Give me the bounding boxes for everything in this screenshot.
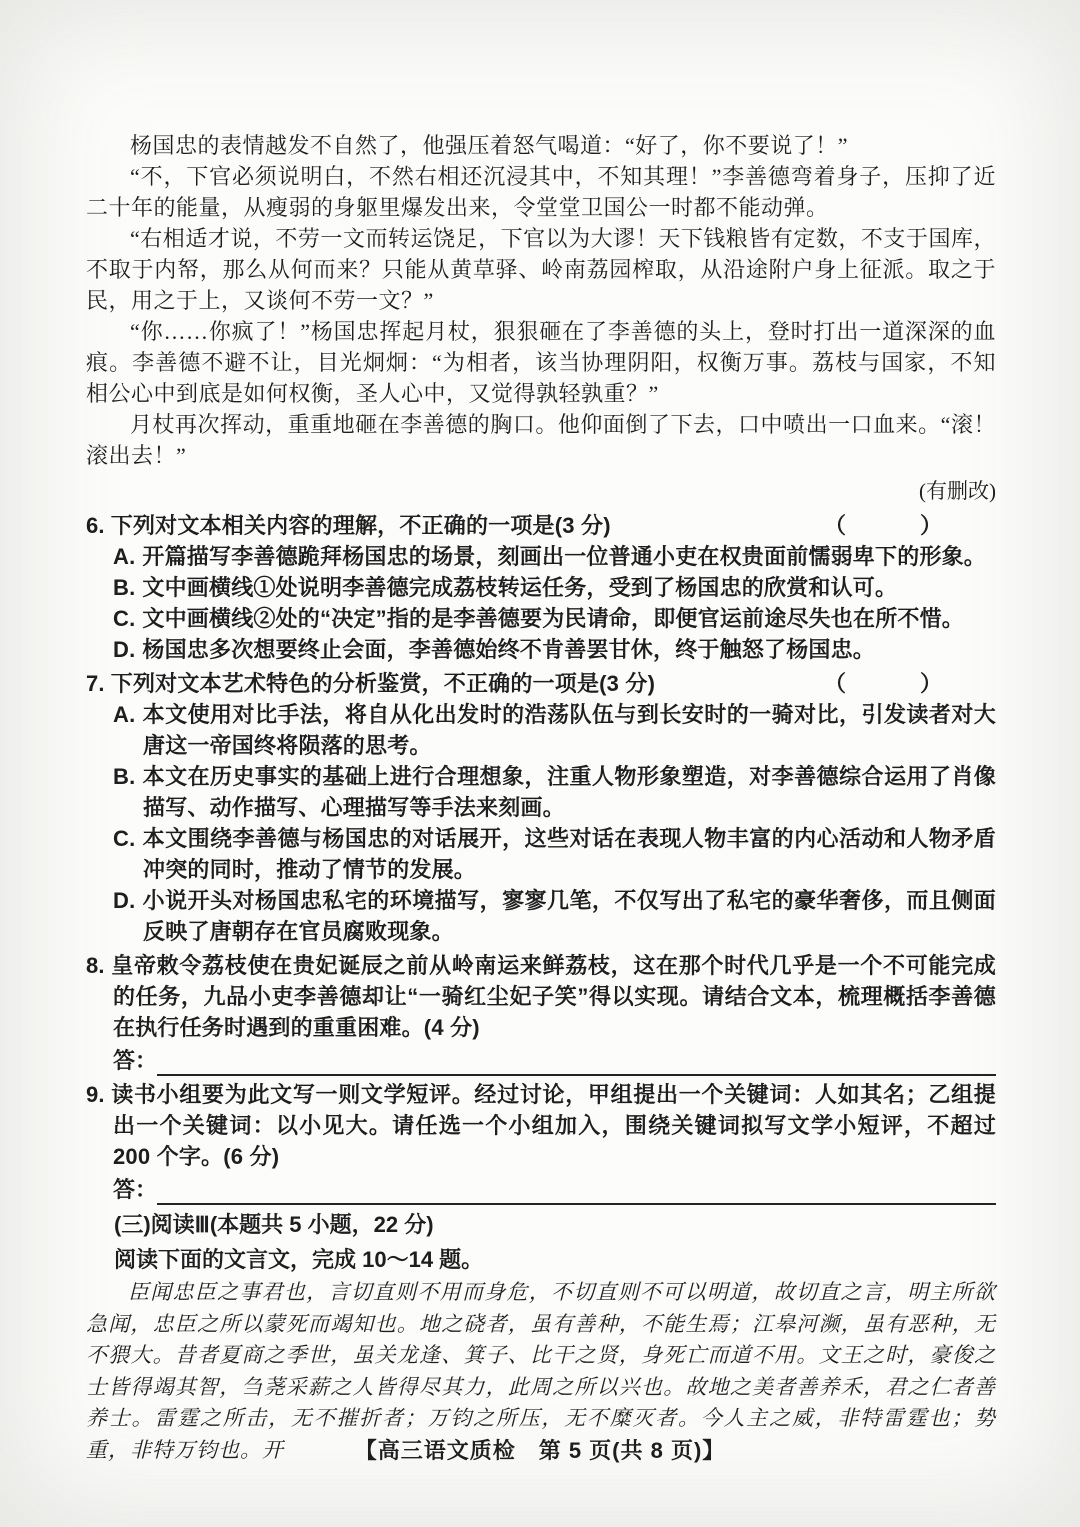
question-7-option-b: B.本文在历史事实的基础上进行合理想象，注重人物形象塑造，对李善德综合运用了肖像… — [143, 761, 996, 823]
page-footer: 【高三语文质检 第 5 页(共 8 页)】 — [0, 1434, 1080, 1465]
section-3-reading: (三)阅读Ⅲ(本题共 5 小题，22 分) 阅读下面的文言文，完成 10～14 … — [86, 1209, 996, 1466]
option-label: A. — [113, 544, 135, 569]
narrative-paragraph-3: “右相适才说，不劳一文而转运饶足，下官以为大谬！天下钱粮皆有定数，不支于国库，不… — [86, 223, 996, 316]
option-text: 文中画横线①处说明李善德完成荔枝转运任务，受到了杨国忠的欣赏和认可。 — [142, 575, 897, 600]
option-text: 小说开头对杨国忠私宅的环境描写，寥寥几笔，不仅写出了私宅的豪华奢侈，而且侧面反映… — [142, 888, 996, 944]
question-6-option-b: B.文中画横线①处说明李善德完成荔枝转运任务，受到了杨国忠的欣赏和认可。 — [143, 572, 996, 603]
question-9-stem: 9.读书小组要为此文写一则文学短评。经过讨论，甲组提出一个关键词：人如其名；乙组… — [113, 1079, 996, 1172]
page-content: 杨国忠的表情越发不自然了，他强压着怒气喝道：“好了，你不要说了！” “不，下官必… — [0, 0, 1080, 1466]
question-6-option-d: D.杨国忠多次想要终止会面，李善德始终不肯善罢甘休，终于触怒了杨国忠。 — [143, 634, 996, 665]
question-9-stem-text: 读书小组要为此文写一则文学短评。经过讨论，甲组提出一个关键词：人如其名；乙组提出… — [111, 1082, 996, 1169]
option-label: C. — [113, 826, 135, 851]
exam-paper-page: 杨国忠的表情越发不自然了，他强压着怒气喝道：“好了，你不要说了！” “不，下官必… — [0, 0, 1080, 1527]
narrative-paragraph-5: 月杖再次挥动，重重地砸在李善德的胸口。他仰面倒了下去，口中喷出一口血来。“滚！滚… — [86, 409, 996, 471]
answer-label: 答： — [113, 1174, 157, 1205]
answer-blank-line — [157, 1047, 996, 1076]
section-3-heading: (三)阅读Ⅲ(本题共 5 小题，22 分) — [114, 1209, 996, 1240]
question-8-stem: 8.皇帝敕令荔枝使在贵妃诞辰之前从岭南运来鲜荔枝，这在那个时代几乎是一个不可能完… — [113, 950, 996, 1043]
question-6-stem-line: 6.下列对文本相关内容的理解，不正确的一项是(3 分) （ ） — [86, 510, 996, 541]
narrative-paragraph-1: 杨国忠的表情越发不自然了，他强压着怒气喝道：“好了，你不要说了！” — [86, 130, 996, 161]
narrative-paragraph-2: “不，下官必须说明白，不然右相还沉浸其中，不知其理！”李善德弯着身子，压抑了近二… — [86, 161, 996, 223]
question-6-option-a: A.开篇描写李善德跪拜杨国忠的场景，刻画出一位普通小吏在权贵面前懦弱卑下的形象。 — [143, 541, 996, 572]
option-label: A. — [113, 702, 135, 727]
option-text: 开篇描写李善德跪拜杨国忠的场景，刻画出一位普通小吏在权贵面前懦弱卑下的形象。 — [142, 544, 986, 569]
question-6-answer-brackets: （ ） — [824, 510, 952, 541]
option-label: B. — [113, 575, 135, 600]
question-6-stem-text: 下列对文本相关内容的理解，不正确的一项是(3 分) — [111, 513, 611, 538]
source-attribution: (有删改) — [86, 476, 996, 507]
option-text: 杨国忠多次想要终止会面，李善德始终不肯善罢甘休，终于触怒了杨国忠。 — [142, 637, 875, 662]
narrative-paragraph-4: “你……你疯了！”杨国忠挥起月杖，狠狠砸在了李善德的头上，登时打出一道深深的血痕… — [86, 316, 996, 409]
question-7-number: 7. — [86, 671, 105, 696]
answer-blank-line — [157, 1176, 996, 1205]
section-3-instruction: 阅读下面的文言文，完成 10～14 题。 — [114, 1244, 996, 1275]
question-9: 9.读书小组要为此文写一则文学短评。经过讨论，甲组提出一个关键词：人如其名；乙组… — [86, 1079, 996, 1205]
question-6: 6.下列对文本相关内容的理解，不正确的一项是(3 分) （ ） A.开篇描写李善… — [86, 510, 996, 665]
option-text: 本文围绕李善德与杨国忠的对话展开，这些对话在表现人物丰富的内心活动和人物矛盾冲突… — [142, 826, 996, 882]
option-text: 本文在历史事实的基础上进行合理想象，注重人物形象塑造，对李善德综合运用了肖像描写… — [142, 764, 996, 820]
answer-label: 答： — [113, 1045, 157, 1076]
question-6-number: 6. — [86, 513, 105, 538]
question-7-option-d: D.小说开头对杨国忠私宅的环境描写，寥寥几笔，不仅写出了私宅的豪华奢侈，而且侧面… — [143, 885, 996, 947]
option-text: 本文使用对比手法，将自从化出发时的浩荡队伍与到长安时的一骑对比，引发读者对大唐这… — [142, 702, 996, 758]
question-7-option-a: A.本文使用对比手法，将自从化出发时的浩荡队伍与到长安时的一骑对比，引发读者对大… — [143, 699, 996, 761]
question-9-number: 9. — [86, 1082, 105, 1107]
question-7-option-c: C.本文围绕李善德与杨国忠的对话展开，这些对话在表现人物丰富的内心活动和人物矛盾… — [143, 823, 996, 885]
option-label: B. — [113, 764, 135, 789]
question-7-stem-line: 7.下列对文本艺术特色的分析鉴赏，不正确的一项是(3 分) （ ） — [86, 668, 996, 699]
question-6-option-c: C.文中画横线②处的“决定”指的是李善德要为民请命，即便官运前途尽失也在所不惜。 — [143, 603, 996, 634]
option-label: D. — [113, 637, 135, 662]
option-label: C. — [113, 606, 135, 631]
option-label: D. — [113, 888, 135, 913]
question-7: 7.下列对文本艺术特色的分析鉴赏，不正确的一项是(3 分) （ ） A.本文使用… — [86, 668, 996, 947]
question-8-stem-text: 皇帝敕令荔枝使在贵妃诞辰之前从岭南运来鲜荔枝，这在那个时代几乎是一个不可能完成的… — [111, 953, 996, 1040]
question-9-answer-line: 答： — [113, 1174, 996, 1205]
question-8: 8.皇帝敕令荔枝使在贵妃诞辰之前从岭南运来鲜荔枝，这在那个时代几乎是一个不可能完… — [86, 950, 996, 1076]
question-8-number: 8. — [86, 953, 105, 978]
question-7-stem-text: 下列对文本艺术特色的分析鉴赏，不正确的一项是(3 分) — [111, 671, 655, 696]
question-7-answer-brackets: （ ） — [824, 668, 952, 699]
option-text: 文中画横线②处的“决定”指的是李善德要为民请命，即便官运前途尽失也在所不惜。 — [142, 606, 964, 631]
question-8-answer-line: 答： — [113, 1045, 996, 1076]
